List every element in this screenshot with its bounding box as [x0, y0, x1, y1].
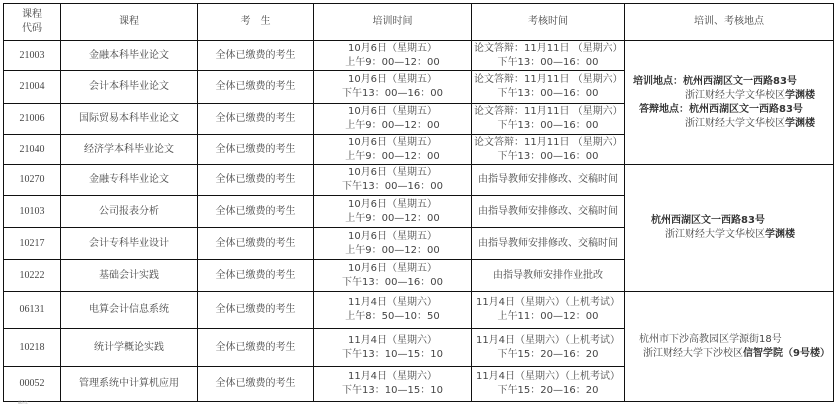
course-code: 21003 [4, 41, 61, 71]
training-hours: 上午9：00—12：00 [316, 119, 469, 133]
training-date: 10月6日（星期五） [316, 198, 469, 212]
course-name: 金融本科毕业论文 [61, 41, 198, 71]
location-campus: 浙江财经大学文华校区 [685, 90, 785, 101]
training-date: 11月4日（星期六） [316, 334, 469, 348]
training-date: 10月6日（星期五） [316, 42, 469, 56]
training-hours: 下午13：00—16：00 [316, 180, 469, 194]
course-code: 06131 [4, 292, 61, 329]
course-code: 10217 [4, 228, 61, 260]
course-name: 金融专科毕业论文 [61, 165, 198, 196]
header-course: 课程 [61, 4, 198, 41]
location-line: 浙江财经大学文华校区学渊楼 [633, 89, 831, 103]
course-name: 经济学本科毕业论文 [61, 135, 198, 165]
header-location: 培训、考核地点 [625, 4, 834, 41]
header-assessment-time: 考核时间 [472, 4, 625, 41]
table-row: 10270 金融专科毕业论文 全体已缴费的考生 10月6日（星期五） 下午13：… [4, 165, 834, 196]
assessment-time: 论文答辩：11月11日 （星期六） 下午13：00—16：00 [472, 71, 625, 104]
assessment-date: 11月4日（星期六）（上机考试） [474, 296, 622, 310]
training-time: 10月6日（星期五） 上午9：00—12：00 [314, 104, 472, 135]
candidate: 全体已缴费的考生 [198, 165, 314, 196]
assessment-date: 论文答辩：11月11日 （星期六） [474, 136, 622, 150]
location-block-wenhua-2: 杭州西湖区文一西路83号 浙江财经大学文华校区学渊楼 [625, 165, 834, 292]
assessment-date: 11月4日（星期六）（上机考试） [474, 370, 622, 384]
training-date: 10月6日（星期五） [316, 136, 469, 150]
location-building: 学渊楼 [785, 90, 815, 101]
candidate: 全体已缴费的考生 [198, 104, 314, 135]
location-line: 培训地点：杭州西湖区文一西路83号 [633, 75, 831, 89]
header-course-code: 课程 代码 [4, 4, 61, 41]
assessment-hours: 下午13：00—16：00 [474, 119, 622, 133]
header-training-time: 培训时间 [314, 4, 472, 41]
course-code: 21040 [4, 135, 61, 165]
assessment-date: 论文答辩：11月11日 （星期六） [474, 73, 622, 87]
assessment-date: 11月4日（星期六）（上机考试） [474, 334, 622, 348]
location-address: 杭州西湖区文一西路83号 [651, 214, 831, 228]
location-campus: 浙江财经大学文华校区 [685, 118, 785, 129]
course-name: 国际贸易本科毕业论文 [61, 104, 198, 135]
course-name: 会计专科毕业设计 [61, 228, 198, 260]
assessment-time: 论文答辩：11月11日 （星期六） 下午13：00—16：00 [472, 104, 625, 135]
assessment-hours: 下午13：00—16：00 [474, 87, 622, 101]
course-code: 10222 [4, 260, 61, 292]
candidate: 全体已缴费的考生 [198, 228, 314, 260]
location-line: 答辩地点：杭州西湖区文一西路83号 [633, 103, 831, 117]
footnote: 附注 [18, 400, 28, 404]
assessment-time: 11月4日（星期六）（上机考试） 下午15：20—16：20 [472, 329, 625, 367]
header-row: 课程 代码 课程 考 生 培训时间 考核时间 培训、考核地点 [4, 4, 834, 41]
training-hours: 上午9：00—12：00 [316, 150, 469, 164]
candidate: 全体已缴费的考生 [198, 260, 314, 292]
training-time: 11月4日（星期六） 上午8：50—10：50 [314, 292, 472, 329]
location-building: 学渊楼 [785, 118, 815, 129]
training-hours: 上午9：00—12：00 [316, 56, 469, 70]
assessment-time: 由指导教师安排作业批改 [472, 260, 625, 292]
training-hours: 上午8：50—10：50 [316, 310, 469, 324]
location-label: 答辩地点： [639, 104, 689, 115]
location-campus: 浙江财经大学文华校区 [665, 229, 765, 240]
training-date: 11月4日（星期六） [316, 296, 469, 310]
table-row: 06131 电算会计信息系统 全体已缴费的考生 11月4日（星期六） 上午8：5… [4, 292, 834, 329]
training-hours: 下午13：00—16：00 [316, 276, 469, 290]
location-block-xiasha: 杭州市下沙高教园区学源街18号 浙江财经大学下沙校区信智学院（9号楼） [625, 292, 834, 402]
course-name: 电算会计信息系统 [61, 292, 198, 329]
assessment-time: 由指导教师安排修改、交稿时间 [472, 228, 625, 260]
assessment-hours: 上午11：00—12：00 [474, 310, 622, 324]
assessment-date: 论文答辩：11月11日 （星期六） [474, 105, 622, 119]
location-line: 浙江财经大学下沙校区信智学院（9号楼） [639, 347, 831, 361]
training-hours: 下午13：00—16：00 [316, 87, 469, 101]
training-date: 10月6日（星期五） [316, 262, 469, 276]
training-time: 10月6日（星期五） 下午13：00—16：00 [314, 260, 472, 292]
assessment-date: 论文答辩：11月11日 （星期六） [474, 42, 622, 56]
location-address: 杭州西湖区文一西路83号 [683, 76, 797, 87]
training-date: 10月6日（星期五） [316, 166, 469, 180]
candidate: 全体已缴费的考生 [198, 367, 314, 402]
assessment-hours: 下午13：00—16：00 [474, 150, 622, 164]
training-hours: 上午9：00—12：00 [316, 212, 469, 226]
course-code: 10218 [4, 329, 61, 367]
location-address: 杭州西湖区文一西路83号 [689, 104, 803, 115]
course-name: 公司报表分析 [61, 196, 198, 228]
training-time: 10月6日（星期五） 上午9：00—12：00 [314, 135, 472, 165]
candidate: 全体已缴费的考生 [198, 41, 314, 71]
location-block-wenhua-1: 培训地点：杭州西湖区文一西路83号 浙江财经大学文华校区学渊楼 答辩地点：杭州西… [625, 41, 834, 165]
training-date: 10月6日（星期五） [316, 73, 469, 87]
header-candidate: 考 生 [198, 4, 314, 41]
assessment-time: 11月4日（星期六）（上机考试） 下午15：20—16：20 [472, 367, 625, 402]
training-hours: 下午13：10—15：10 [316, 348, 469, 362]
training-hours: 下午13：10—15：10 [316, 384, 469, 398]
training-time: 11月4日（星期六） 下午13：10—15：10 [314, 367, 472, 402]
table-row: 21003 金融本科毕业论文 全体已缴费的考生 10月6日（星期五） 上午9：0… [4, 41, 834, 71]
course-name: 统计学概论实践 [61, 329, 198, 367]
course-code: 21004 [4, 71, 61, 104]
course-name: 管理系统中计算机应用 [61, 367, 198, 402]
candidate: 全体已缴费的考生 [198, 71, 314, 104]
training-date: 11月4日（星期六） [316, 370, 469, 384]
assessment-hours: 下午13：00—16：00 [474, 56, 622, 70]
location-building: 信智学院（9号楼） [743, 348, 830, 359]
training-date: 10月6日（星期五） [316, 230, 469, 244]
training-time: 10月6日（星期五） 上午9：00—12：00 [314, 196, 472, 228]
location-line: 浙江财经大学文华校区学渊楼 [651, 228, 831, 242]
training-time: 10月6日（星期五） 下午13：00—16：00 [314, 71, 472, 104]
course-code: 00052 [4, 367, 61, 402]
location-campus: 浙江财经大学下沙校区 [643, 348, 743, 359]
assessment-time: 11月4日（星期六）（上机考试） 上午11：00—12：00 [472, 292, 625, 329]
assessment-time: 由指导教师安排修改、交稿时间 [472, 165, 625, 196]
assessment-hours: 下午15：20—16：20 [474, 384, 622, 398]
candidate: 全体已缴费的考生 [198, 196, 314, 228]
candidate: 全体已缴费的考生 [198, 292, 314, 329]
course-code: 10103 [4, 196, 61, 228]
header-code-line2: 代码 [6, 22, 58, 36]
exam-schedule-table: 课程 代码 课程 考 生 培训时间 考核时间 培训、考核地点 21003 金融本… [3, 3, 834, 402]
training-time: 10月6日（星期五） 上午9：00—12：00 [314, 228, 472, 260]
assessment-hours: 下午15：20—16：20 [474, 348, 622, 362]
assessment-time: 论文答辩：11月11日 （星期六） 下午13：00—16：00 [472, 135, 625, 165]
course-code: 21006 [4, 104, 61, 135]
course-name: 基础会计实践 [61, 260, 198, 292]
candidate: 全体已缴费的考生 [198, 329, 314, 367]
training-hours: 上午9：00—12：00 [316, 244, 469, 258]
location-address: 杭州市下沙高教园区学源街18号 [639, 333, 831, 347]
candidate: 全体已缴费的考生 [198, 135, 314, 165]
assessment-time: 由指导教师安排修改、交稿时间 [472, 196, 625, 228]
training-time: 10月6日（星期五） 下午13：00—16：00 [314, 165, 472, 196]
course-name: 会计本科毕业论文 [61, 71, 198, 104]
location-line: 浙江财经大学文华校区学渊楼 [633, 117, 831, 131]
header-code-line1: 课程 [6, 8, 58, 22]
location-building: 学渊楼 [765, 229, 795, 240]
training-date: 10月6日（星期五） [316, 105, 469, 119]
assessment-time: 论文答辩：11月11日 （星期六） 下午13：00—16：00 [472, 41, 625, 71]
training-time: 10月6日（星期五） 上午9：00—12：00 [314, 41, 472, 71]
course-code: 10270 [4, 165, 61, 196]
training-time: 11月4日（星期六） 下午13：10—15：10 [314, 329, 472, 367]
location-label: 培训地点： [633, 76, 683, 87]
